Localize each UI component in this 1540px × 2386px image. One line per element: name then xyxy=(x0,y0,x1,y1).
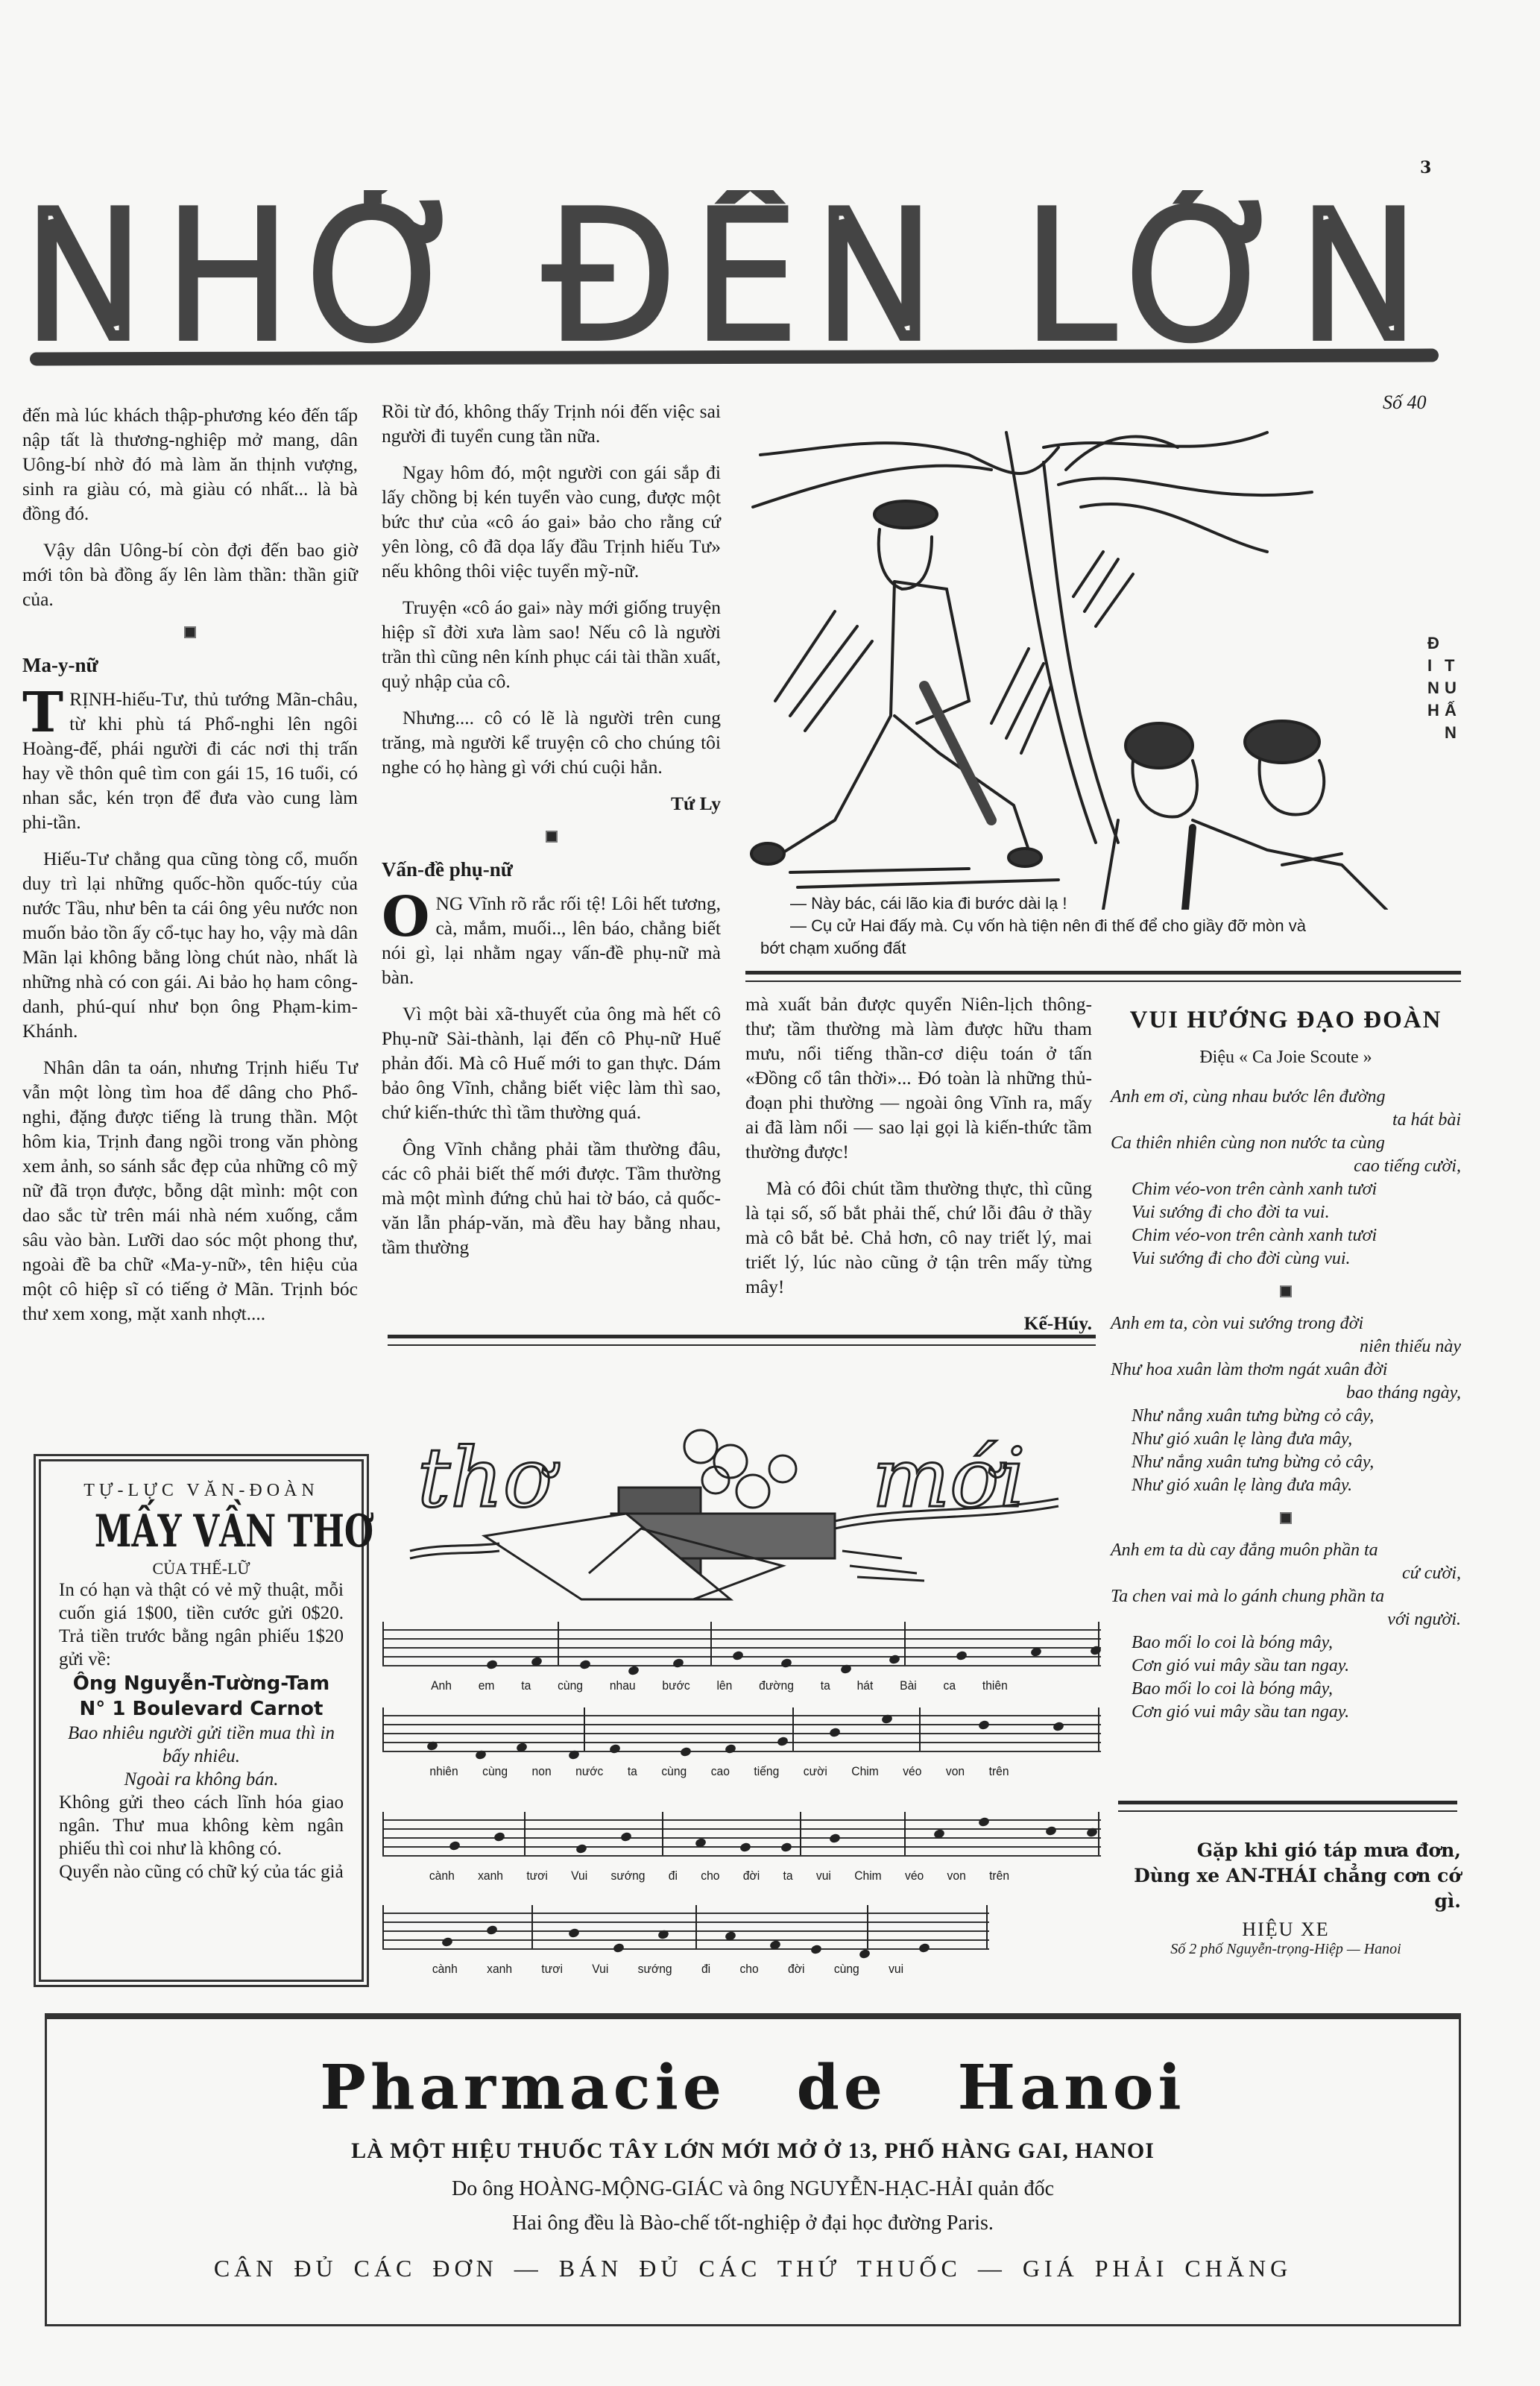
music-score: AnhemtacùngnhaubướclênđườngtahátBàicathi… xyxy=(376,1622,1107,1693)
column-1-article: đến mà lúc khách thập-phương kéo đến tấp… xyxy=(22,403,358,1338)
ad-note: Bao nhiêu người gửi tiền mua thì in bấy … xyxy=(59,1722,344,1768)
paragraph: Rồi từ đó, không thấy Trịnh nói đến việc… xyxy=(382,399,721,448)
stanza-1: Anh em ơi, cùng nhau bước lên đường ta h… xyxy=(1111,1086,1461,1271)
song-tune: Điệu « Ca Joie Scoute » xyxy=(1111,1048,1461,1068)
paragraph: Mà có đôi chút tầm thường thực, thì cũng… xyxy=(745,1176,1092,1299)
score-lyrics: AnhemtacùngnhaubướclênđườngtahátBàicathi… xyxy=(376,1674,1049,1693)
ad-note: Ngoài ra không bán. xyxy=(59,1768,344,1791)
score-lyrics: cànhxanhtươiVuisướngđichođờicùngvui xyxy=(376,1957,946,1977)
music-staff xyxy=(382,1622,1101,1674)
music-staff xyxy=(382,1707,1101,1760)
paragraph: mà xuất bản được quyển Niên-lịch thông-t… xyxy=(745,992,1092,1164)
masthead-lettering: NHỞ ĐẾN LỚN xyxy=(15,190,1446,347)
paragraph: Vì một bài xã-thuyết của ông mà hết cô P… xyxy=(382,1001,721,1124)
section-divider xyxy=(745,971,1461,975)
paragraph: Hiếu-Tư chẳng qua cũng tòng cổ, muốn duy… xyxy=(22,846,358,1043)
book-ad-may-van-tho: TỰ-LỰC VĂN-ĐOÀN MẤY VẦN THƠ CỦA THẾ-LỮ I… xyxy=(34,1454,369,1987)
publisher: TỰ-LỰC VĂN-ĐOÀN xyxy=(59,1481,344,1501)
page-number: 3 xyxy=(1420,158,1431,177)
section-title-van-de-phu-nu: Vấn-đề phụ-nữ xyxy=(382,857,721,882)
lead-paragraph: TRỊNH-hiếu-Tư, thủ tướng Mãn-châu, từ kh… xyxy=(22,687,358,834)
lead-paragraph: ONG Vĩnh rõ rắc rối tệ! Lôi hết tương, c… xyxy=(382,891,721,989)
column-2-article: Rồi từ đó, không thấy Trịnh nói đến việc… xyxy=(382,399,721,1271)
section-divider xyxy=(388,1335,1096,1338)
recipient-name: Ông Nguyễn-Tường-Tam xyxy=(59,1671,344,1696)
book-author: CỦA THẾ-LỮ xyxy=(59,1559,344,1578)
music-staff xyxy=(382,1905,989,1957)
svg-text:H: H xyxy=(1427,701,1439,720)
ad-slogan: Gặp khi gió táp mưa đơn, Dùng xe AN-THÁI… xyxy=(1111,1838,1461,1914)
stanza-3: Anh em ta dù cay đắng muôn phần ta cứ cư… xyxy=(1111,1539,1461,1724)
pharmacy-slogan: CÂN ĐỦ CÁC ĐƠN — BÁN ĐỦ CÁC THỨ THUỐC — … xyxy=(47,2255,1459,2282)
shop-name: HIỆU XE xyxy=(1111,1918,1461,1941)
song-vui-huong-dao-doan: VUI HƯỚNG ĐẠO ĐOÀN Điệu « Ca Joie Scoute… xyxy=(1111,992,1461,1731)
svg-text:N: N xyxy=(1427,679,1439,697)
book-title: MẤY VẦN THƠ xyxy=(95,1505,309,1558)
header-word-moi: mới xyxy=(872,1430,1026,1526)
recipient-address: N° 1 Boulevard Carnot xyxy=(59,1696,344,1722)
caption-line: — Cụ cử Hai đấy mà. Cụ vốn hà tiện nên đ… xyxy=(760,915,1468,937)
tho-moi-illustration: thơ mới xyxy=(395,1417,1066,1603)
score-lyrics: cànhxanhtươiVuisướngđichođờitavuiChimvéo… xyxy=(376,1864,1049,1883)
paragraph: Truyện «cô áo gai» này mới giống truyện … xyxy=(382,595,721,693)
music-staff xyxy=(382,1812,1101,1864)
music-score: cànhxanhtươiVuisướngđichođờicùngvui xyxy=(376,1905,995,1977)
music-score: cànhxanhtươiVuisướngđichođờitavuiChimvéo… xyxy=(376,1812,1107,1883)
cartoon-caption: — Này bác, cái lão kia đi bước dài lạ ! … xyxy=(760,893,1468,960)
poetry-section-header: thơ mới xyxy=(395,1417,1066,1603)
pharmacie-de-hanoi-ad: Pharmacie de Hanoi LÀ MỘT HIỆU THUỐC TÂY… xyxy=(45,2013,1461,2326)
ad-body: In có hạn và thật có vẻ mỹ thuật, mỗi cu… xyxy=(59,1578,344,1671)
header-word-tho: thơ xyxy=(417,1430,560,1526)
an-thai-car-ad: Gặp khi gió táp mưa đơn, Dùng xe AN-THÁI… xyxy=(1111,1793,1461,1958)
ornament-icon xyxy=(184,626,196,638)
paragraph: Nhưng.... cô có lẽ là người trên cung tr… xyxy=(382,705,721,779)
section-divider xyxy=(745,980,1461,982)
svg-text:N: N xyxy=(1445,723,1457,742)
cartoon-drawing: Đ I N H T U Ấ N xyxy=(745,403,1461,910)
pharmacy-graduates: Hai ông đều là Bào-chế tốt-nghiệp ở đại … xyxy=(47,2212,1459,2235)
author-signature: Kế-Húy. xyxy=(745,1311,1092,1335)
pharmacy-name: Pharmacie de Hanoi xyxy=(47,2052,1459,2124)
column-3-article: mà xuất bản được quyển Niên-lịch thông-t… xyxy=(745,992,1092,1346)
author-signature: Tứ Ly xyxy=(382,791,721,816)
stanza-2: Anh em ta, còn vui sướng trong đời niên … xyxy=(1111,1312,1461,1497)
svg-text:T: T xyxy=(1445,656,1455,675)
pharmacy-subtitle: LÀ MỘT HIỆU THUỐC TÂY LỚN MỚI MỞ Ở 13, P… xyxy=(47,2138,1459,2164)
paragraph: đến mà lúc khách thập-phương kéo đến tấp… xyxy=(22,403,358,526)
artist-signature: Đ xyxy=(1427,634,1439,652)
paragraph: Nhân dân ta oán, nhưng Trịnh hiếu Tư vẫn… xyxy=(22,1055,358,1326)
masthead-rule xyxy=(30,349,1439,366)
ornament-icon xyxy=(546,831,558,843)
svg-text:I: I xyxy=(1427,656,1432,675)
paragraph: Ngay hôm đó, một người con gái sắp đi lấ… xyxy=(382,460,721,583)
ornament-icon xyxy=(1280,1285,1292,1297)
dropcap: O xyxy=(382,894,429,940)
shop-address: Số 2 phố Nguyễn-trọng-Hiệp — Hanoi xyxy=(1111,1941,1461,1958)
music-score: nhiêncùngnonnướctacùngcaotiếngcườiChimvé… xyxy=(376,1707,1107,1779)
section-title-ma-y-nu: Ma-y-nữ xyxy=(22,653,358,678)
svg-text:U: U xyxy=(1445,679,1457,697)
svg-text:NHỞ ĐẾN LỚN: NHỞ ĐẾN LỚN xyxy=(22,190,1439,347)
ornament-icon xyxy=(1280,1512,1292,1524)
svg-text:Ấ: Ấ xyxy=(1445,701,1457,720)
caption-line: bớt chạm xuống đất xyxy=(760,937,1468,960)
paragraph: Ông Vĩnh chẳng phải tầm thường đâu, các … xyxy=(382,1136,721,1259)
pharmacy-management: Do ông HOÀNG-MỘNG-GIÁC và ông NGUYỄN-HẠC… xyxy=(47,2177,1459,2201)
dropcap: T xyxy=(22,690,63,736)
caption-line: — Này bác, cái lão kia đi bước dài lạ ! xyxy=(760,893,1468,915)
cartoon-illustration: Đ I N H T U Ấ N xyxy=(745,403,1461,910)
score-lyrics: nhiêncùngnonnướctacùngcaotiếngcườiChimvé… xyxy=(376,1760,1049,1779)
section-divider xyxy=(388,1344,1096,1346)
ad-body: Không gửi theo cách lĩnh hóa giao ngân. … xyxy=(59,1791,344,1860)
paragraph: Vậy dân Uông-bí còn đợi đến bao giờ mới … xyxy=(22,538,358,611)
ad-body: Quyển nào cũng có chữ ký của tác giả xyxy=(59,1860,344,1883)
song-title: VUI HƯỚNG ĐẠO ĐOÀN xyxy=(1111,1007,1461,1034)
masthead-title: NHỞ ĐẾN LỚN xyxy=(15,190,1446,347)
